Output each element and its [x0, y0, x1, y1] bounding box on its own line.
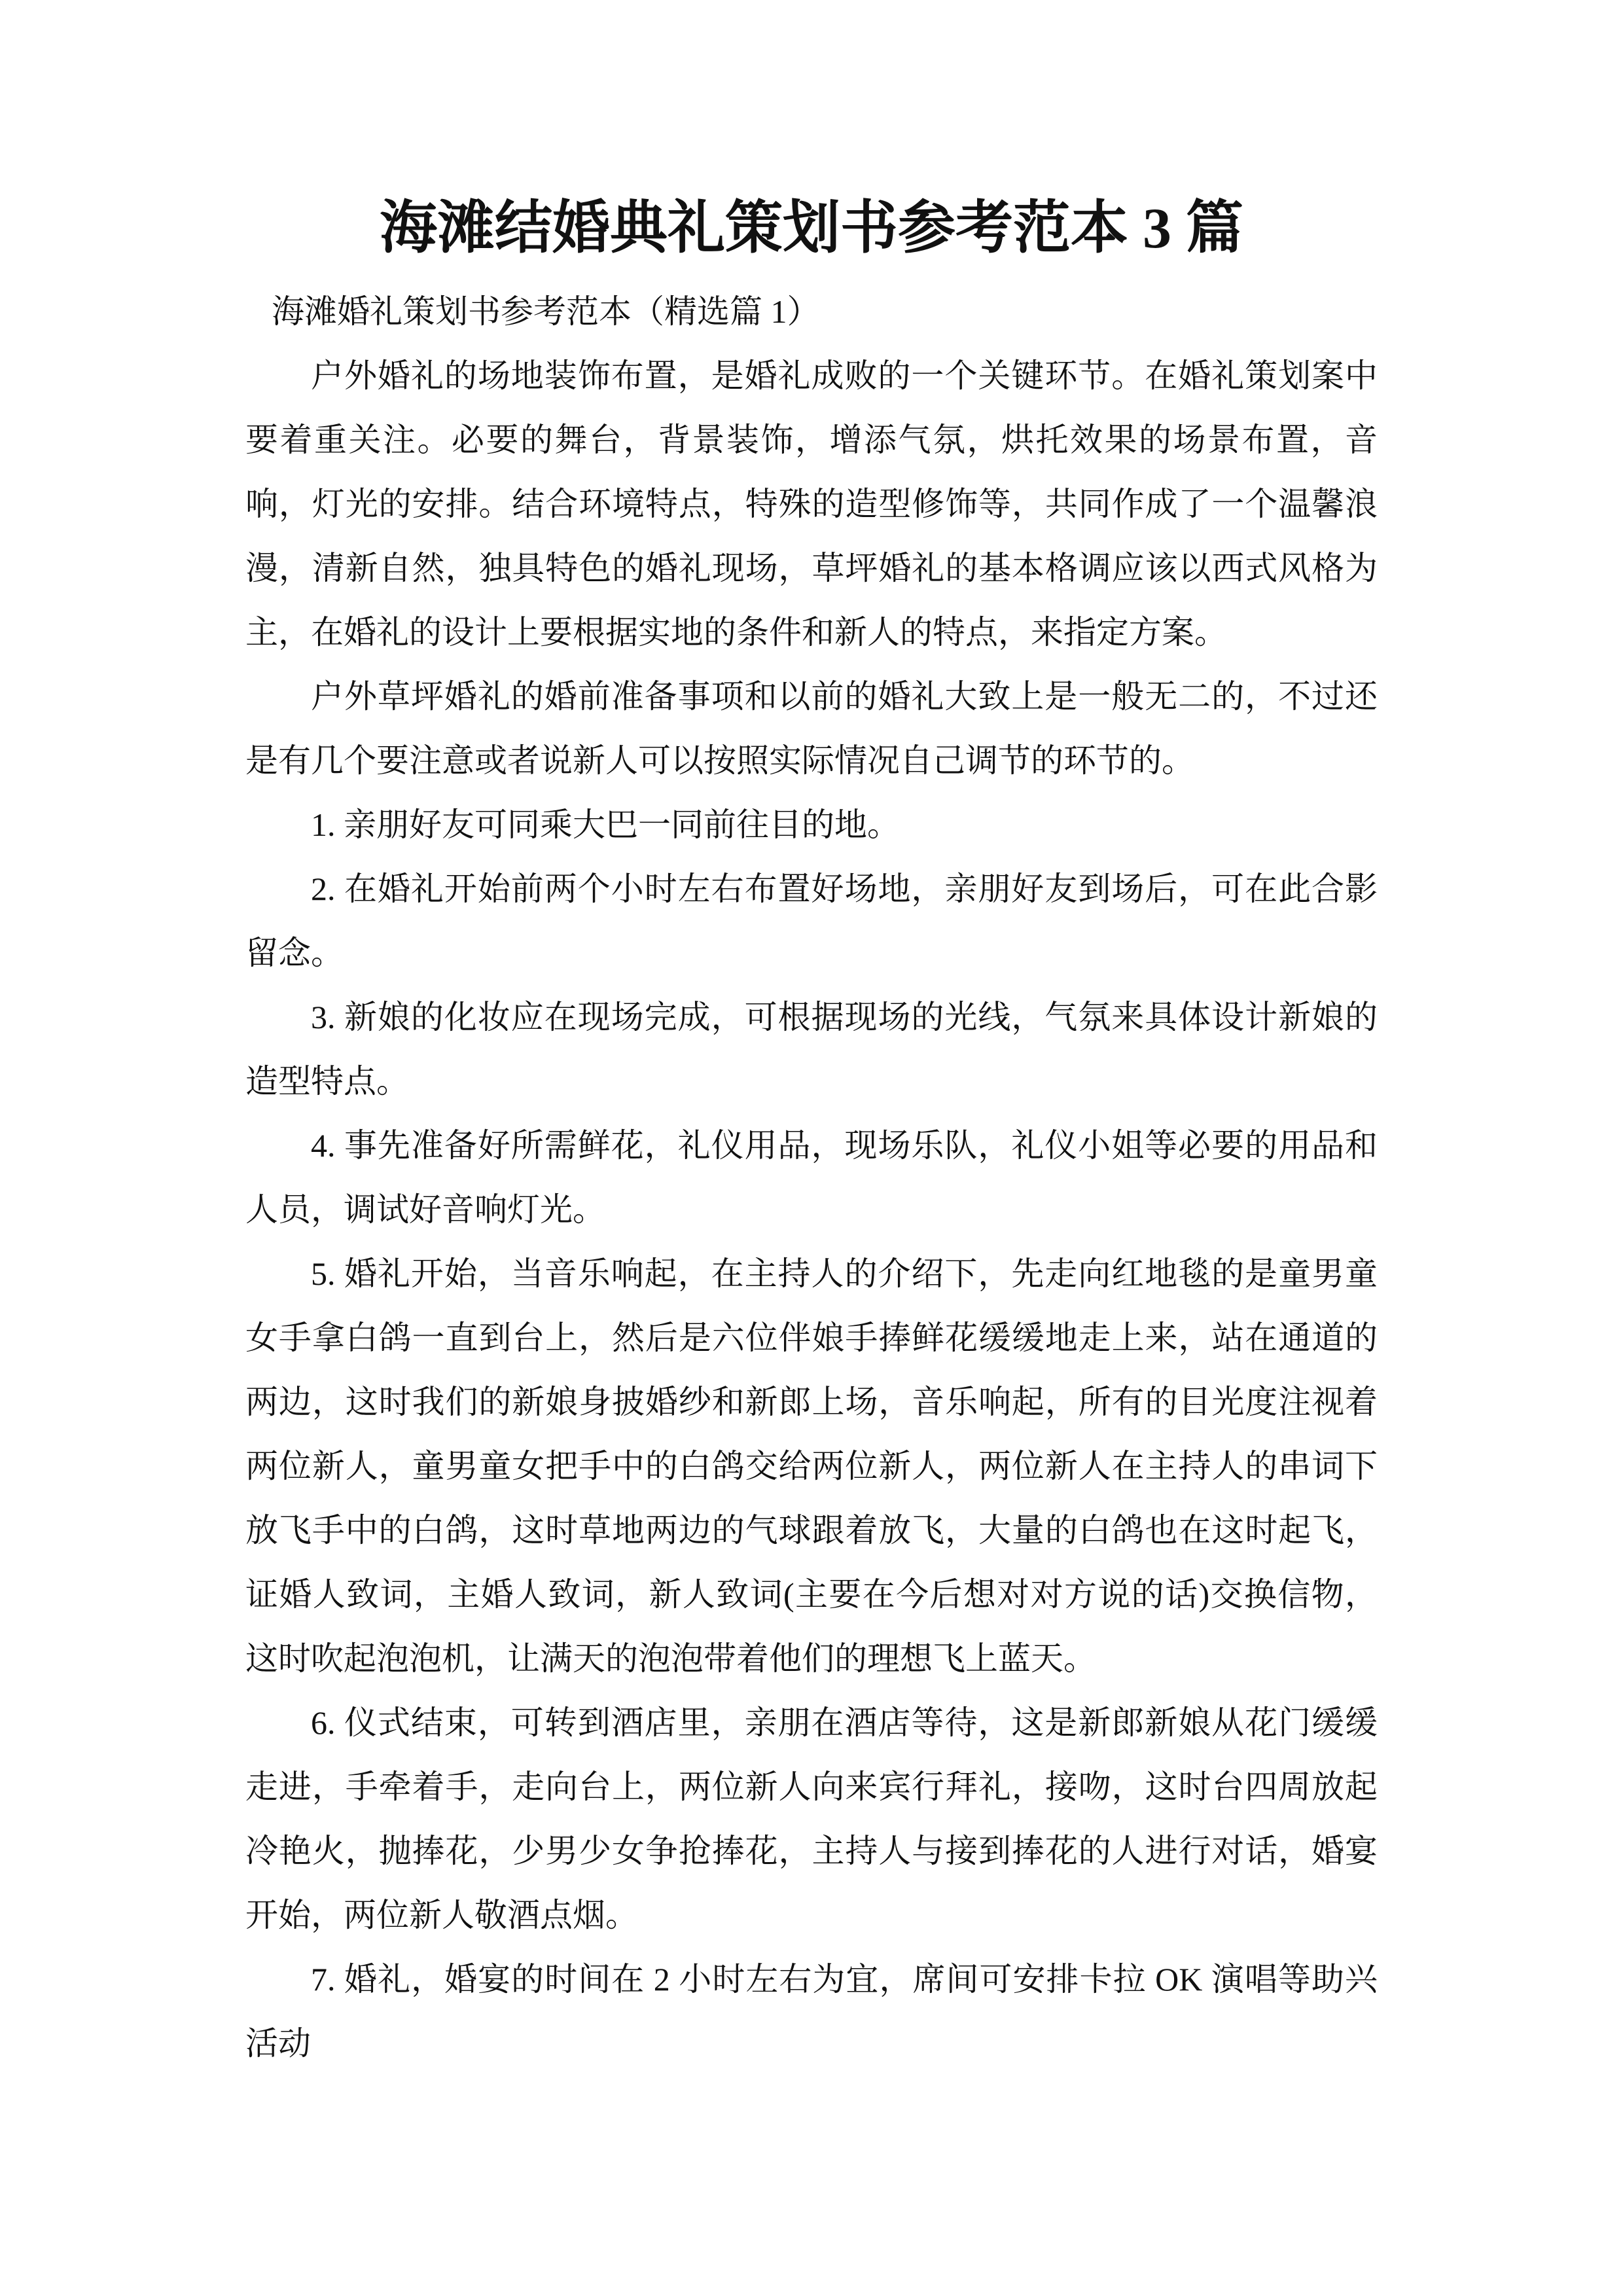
paragraph-item-5: 5. 婚礼开始，当音乐响起，在主持人的介绍下，先走向红地毯的是童男童女手拿白鸽一… [245, 1242, 1378, 1691]
paragraph-intro-2: 户外草坪婚礼的婚前准备事项和以前的婚礼大致上是一般无二的，不过还是有几个要注意或… [245, 664, 1378, 793]
paragraph-intro-1: 户外婚礼的场地装饰布置，是婚礼成败的一个关键环节。在婚礼策划案中要着重关注。必要… [245, 344, 1378, 664]
paragraph-item-1: 1. 亲朋好友可同乘大巴一同前往目的地。 [245, 793, 1378, 857]
paragraph-item-3: 3. 新娘的化妆应在现场完成，可根据现场的光线，气氛来具体设计新娘的造型特点。 [245, 985, 1378, 1113]
document-page: 海滩结婚典礼策划书参考范本 3 篇 海滩婚礼策划书参考范本（精选篇 1） 户外婚… [0, 0, 1623, 2296]
document-subtitle: 海滩婚礼策划书参考范本（精选篇 1） [245, 279, 1378, 344]
paragraph-item-4: 4. 事先准备好所需鲜花，礼仪用品，现场乐队，礼仪小姐等必要的用品和人员，调试好… [245, 1113, 1378, 1242]
paragraph-item-7: 7. 婚礼，婚宴的时间在 2 小时左右为宜，席间可安排卡拉 OK 演唱等助兴活动 [245, 1947, 1378, 2075]
page-title: 海滩结婚典礼策划书参考范本 3 篇 [245, 193, 1378, 265]
paragraph-item-6: 6. 仪式结束，可转到酒店里，亲朋在酒店等待，这是新郎新娘从花门缓缓走进，手牵着… [245, 1691, 1378, 1947]
paragraph-item-2: 2. 在婚礼开始前两个小时左右布置好场地，亲朋好友到场后，可在此合影留念。 [245, 857, 1378, 985]
